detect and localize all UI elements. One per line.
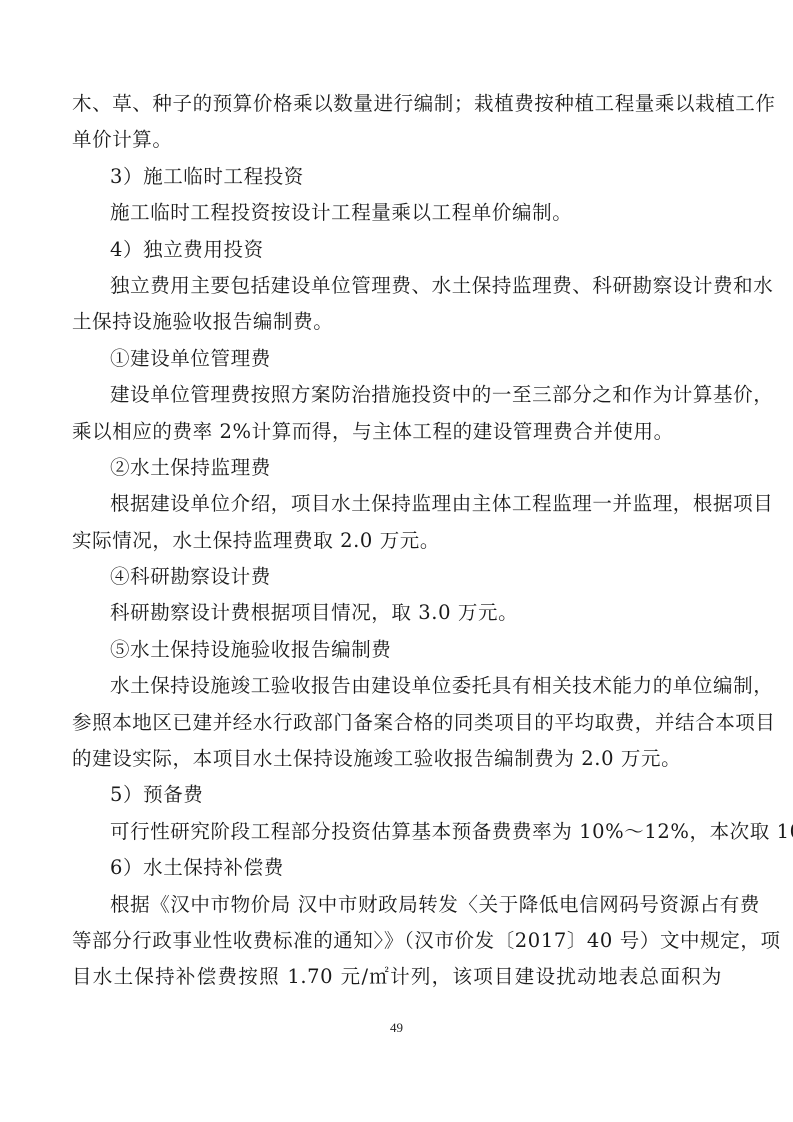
paragraph-line-1: 木、草、种子的预算价格乘以数量进行编制；栽植费按种植工程量乘以栽植工作 xyxy=(72,86,722,122)
subheading-acceptance-report-fee: ⑤水土保持设施验收报告编制费 xyxy=(72,632,722,668)
page-number: 49 xyxy=(0,1020,793,1036)
section-heading-temporary-works: 3）施工临时工程投资 xyxy=(72,159,722,195)
section-heading-contingency: 5）预备费 xyxy=(72,777,722,813)
subheading-research-survey-design-fee: ④科研勘察设计费 xyxy=(72,559,722,595)
paragraph-line-19: 的建设实际，本项目水土保持设施竣工验收报告编制费为 2.0 万元。 xyxy=(72,741,722,777)
paragraph-line-23: 根据《汉中市物价局 汉中市财政局转发〈关于降低电信网码号资源占有费 xyxy=(72,887,722,923)
paragraph-line-2: 单价计算。 xyxy=(72,122,722,158)
paragraph-line-6: 独立费用主要包括建设单位管理费、水土保持监理费、科研勘察设计费和水 xyxy=(72,268,722,304)
section-heading-independent-costs: 4）独立费用投资 xyxy=(72,232,722,268)
document-body: 木、草、种子的预算价格乘以数量进行编制；栽植费按种植工程量乘以栽植工作 单价计算… xyxy=(72,86,722,996)
paragraph-line-9: 建设单位管理费按照方案防治措施投资中的一至三部分之和作为计算基价， xyxy=(72,377,722,413)
paragraph-line-24: 等部分行政事业性收费标准的通知〉》（汉市价发〔2017〕40 号）文中规定，项 xyxy=(72,923,722,959)
paragraph-line-21: 可行性研究阶段工程部分投资估算基本预备费费率为 10%～12%，本次取 10%。 xyxy=(72,814,722,850)
paragraph-line-25: 目水土保持补偿费按照 1.70 元/㎡计列，该项目建设扰动地表总面积为 xyxy=(72,959,722,995)
paragraph-line-7: 土保持设施验收报告编制费。 xyxy=(72,304,722,340)
paragraph-line-4: 施工临时工程投资按设计工程量乘以工程单价编制。 xyxy=(72,195,722,231)
subheading-supervision-fee: ②水土保持监理费 xyxy=(72,450,722,486)
paragraph-line-15: 科研勘察设计费根据项目情况，取 3.0 万元。 xyxy=(72,595,722,631)
paragraph-line-13: 实际情况，水土保持监理费取 2.0 万元。 xyxy=(72,523,722,559)
paragraph-line-10: 乘以相应的费率 2%计算而得，与主体工程的建设管理费合并使用。 xyxy=(72,414,722,450)
paragraph-line-17: 水土保持设施竣工验收报告由建设单位委托具有相关技术能力的单位编制， xyxy=(72,668,722,704)
subheading-construction-management-fee: ①建设单位管理费 xyxy=(72,341,722,377)
paragraph-line-18: 参照本地区已建并经水行政部门备案合格的同类项目的平均取费，并结合本项目 xyxy=(72,705,722,741)
section-heading-compensation-fee: 6）水土保持补偿费 xyxy=(72,850,722,886)
paragraph-line-12: 根据建设单位介绍，项目水土保持监理由主体工程监理一并监理，根据项目 xyxy=(72,486,722,522)
